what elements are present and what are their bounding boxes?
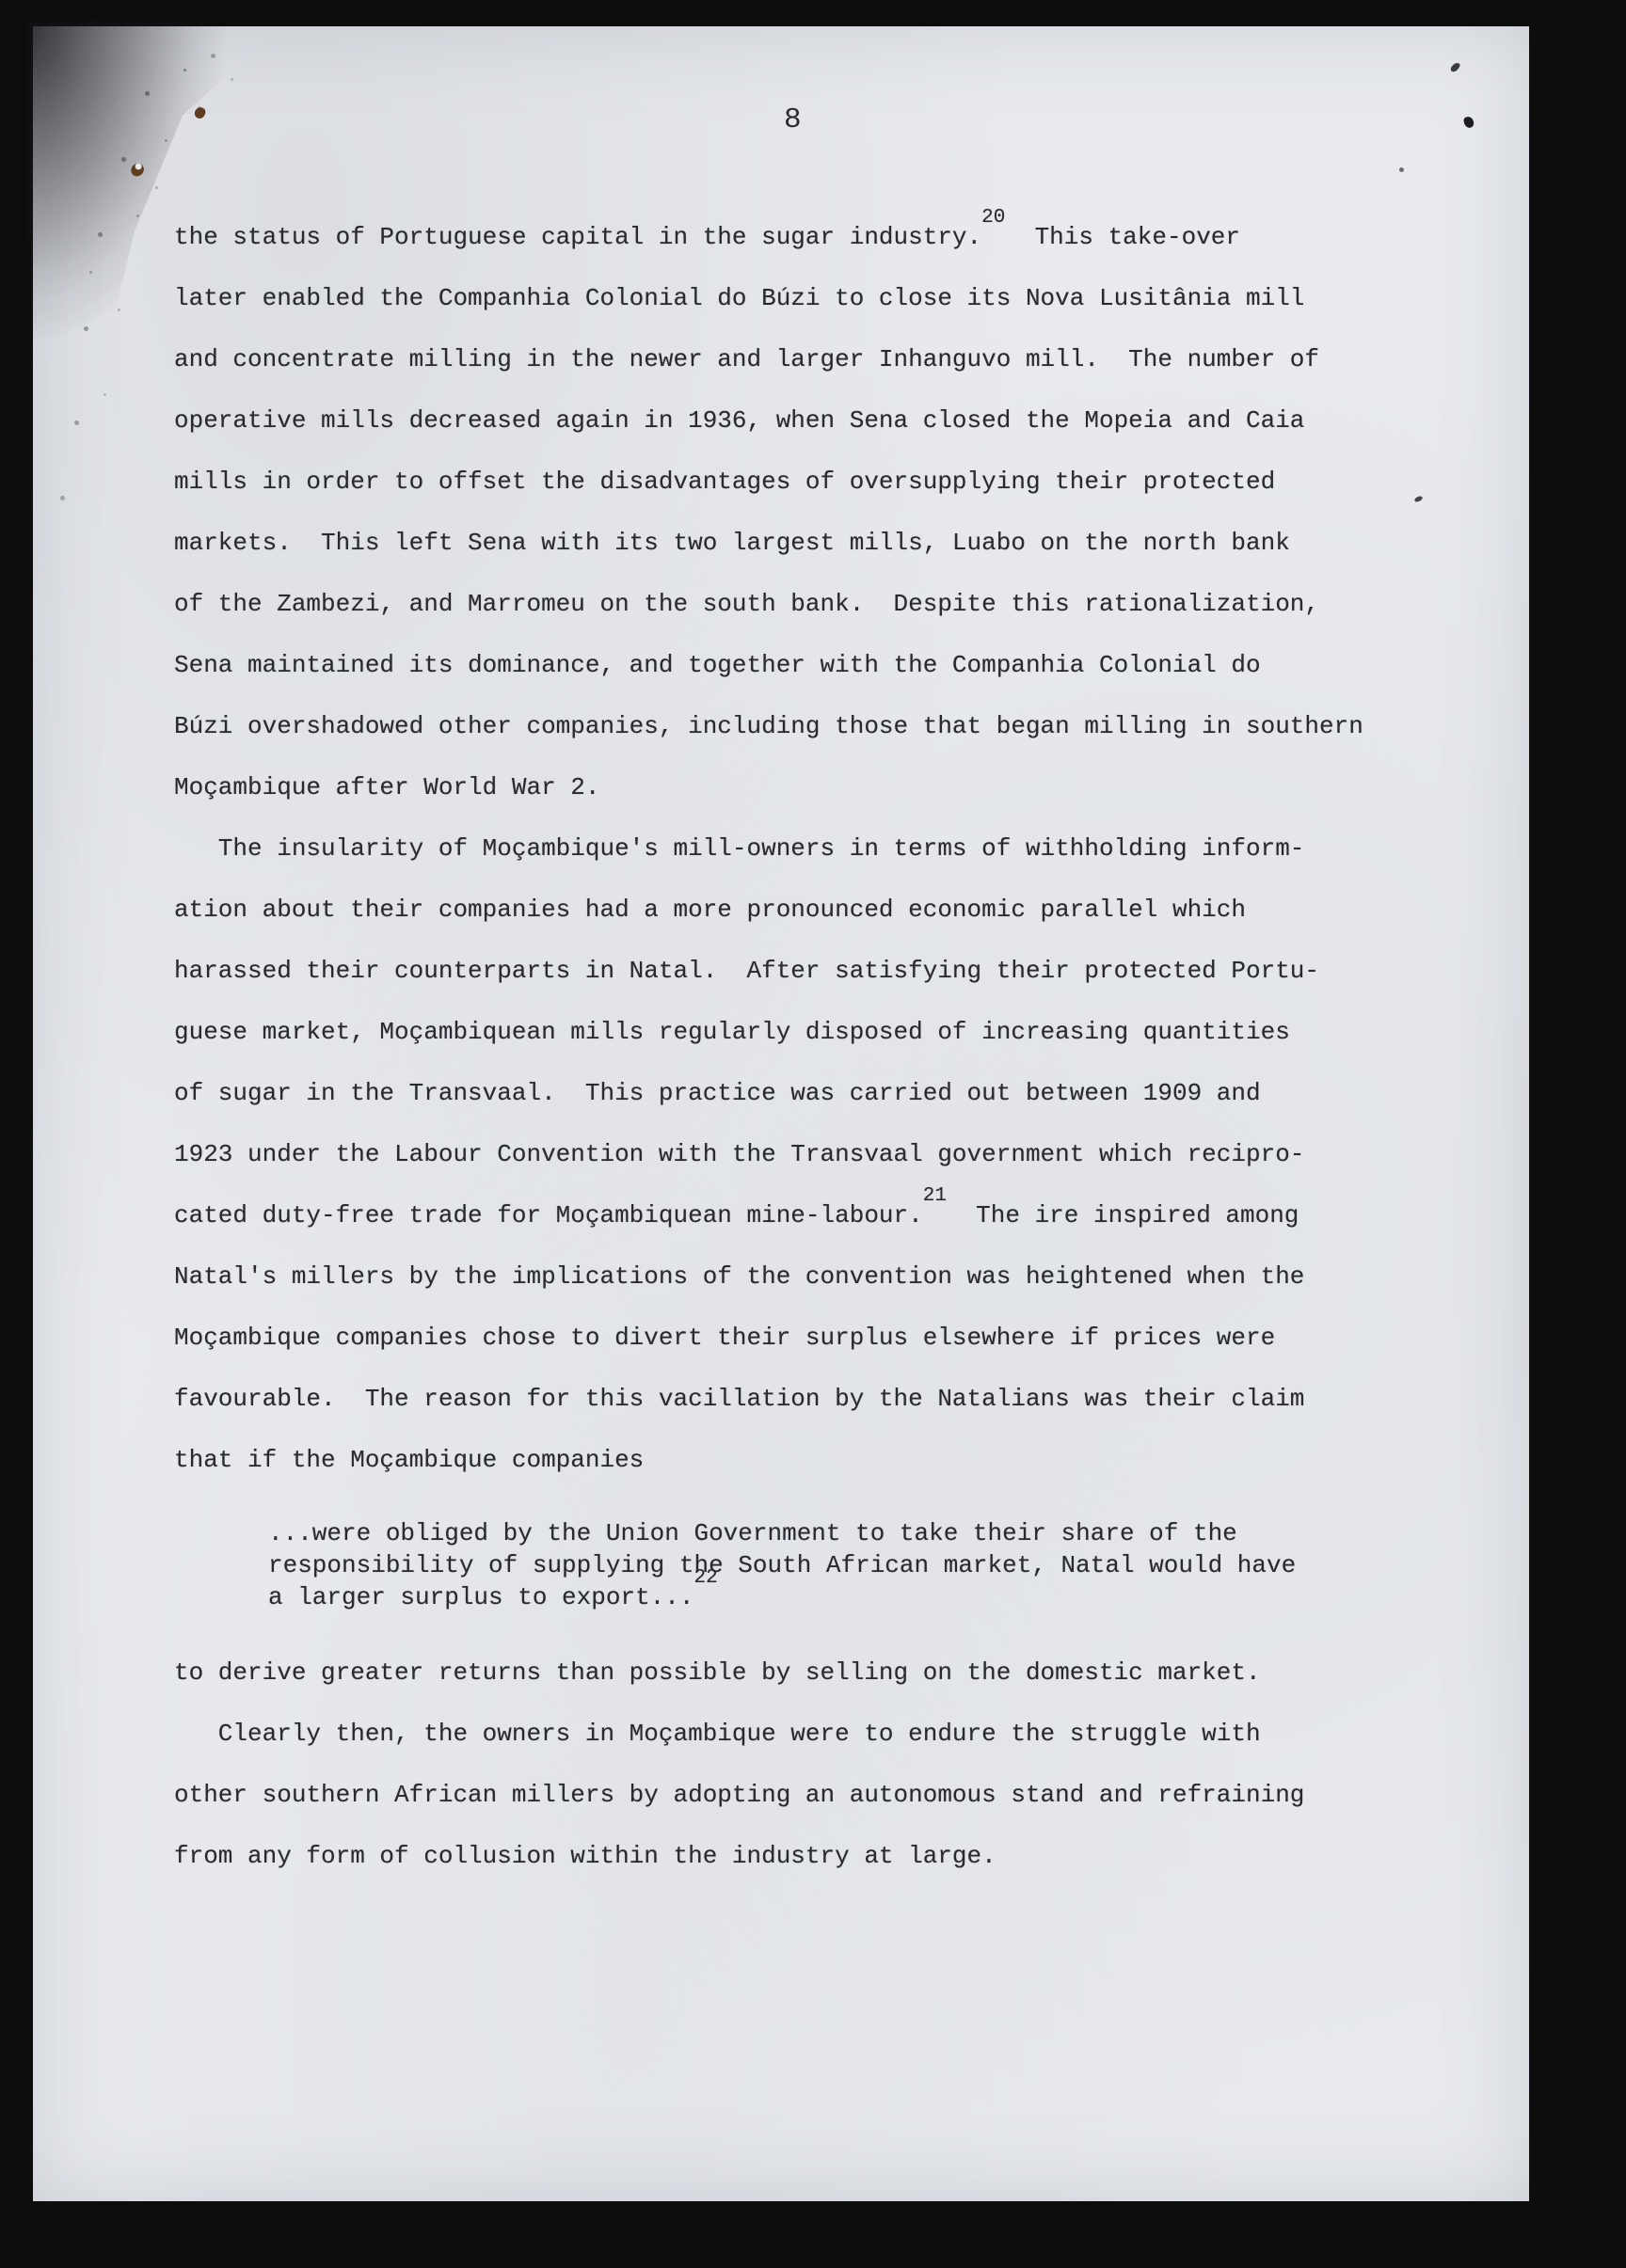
text-line: other southern African millers by adopti… xyxy=(174,1765,1304,1826)
text-line: Moçambique companies chose to divert the… xyxy=(174,1308,1363,1369)
text-line: cated duty-free trade for Moçambiquean m… xyxy=(174,1185,1363,1246)
text-line: The insularity of Moçambique's mill-owne… xyxy=(174,818,1363,880)
text-line: of the Zambezi, and Marromeu on the sout… xyxy=(174,574,1363,635)
quote-line: responsibility of supplying the South Af… xyxy=(268,1549,1296,1581)
text-line: that if the Moçambique companies xyxy=(174,1430,1363,1491)
quote-line: ...were obliged by the Union Government … xyxy=(268,1517,1296,1549)
footnote-ref-20: 20 xyxy=(981,207,1005,229)
text-line: from any form of collusion within the in… xyxy=(174,1826,1304,1887)
ink-speck xyxy=(1413,495,1423,502)
footnote-ref-22: 22 xyxy=(693,1567,717,1589)
ink-speck xyxy=(1449,61,1460,73)
text-line: operative mills decreased again in 1936,… xyxy=(174,390,1363,452)
footnote-ref-21: 21 xyxy=(923,1185,947,1207)
text-line: Natal's millers by the implications of t… xyxy=(174,1246,1363,1308)
text-line: ation about their companies had a more p… xyxy=(174,880,1363,941)
page-number: 8 xyxy=(784,103,802,136)
text-line: mills in order to offset the disadvantag… xyxy=(174,452,1363,513)
text-line: of sugar in the Transvaal. This practice… xyxy=(174,1063,1363,1124)
text-line: guese market, Moçambiquean mills regular… xyxy=(174,1002,1363,1063)
text-line: Clearly then, the owners in Moçambique w… xyxy=(174,1704,1304,1765)
ink-speck xyxy=(1463,116,1475,129)
ink-speck xyxy=(1399,167,1404,172)
document-page: 8 the status of Portuguese capital in th… xyxy=(33,26,1529,2201)
scanned-document-photocopy: { "page": { "number": "8" }, "content": … xyxy=(0,0,1626,2268)
text-line: favourable. The reason for this vacillat… xyxy=(174,1369,1363,1430)
text-line: Búzi overshadowed other companies, inclu… xyxy=(174,696,1363,757)
text-line: to derive greater returns than possible … xyxy=(174,1642,1304,1704)
text-line: and concentrate milling in the newer and… xyxy=(174,329,1363,390)
text-line: later enabled the Companhia Colonial do … xyxy=(174,268,1363,329)
text-line: markets. This left Sena with its two lar… xyxy=(174,513,1363,574)
closing-text: to derive greater returns than possible … xyxy=(174,1642,1304,1887)
block-quote: ...were obliged by the Union Government … xyxy=(268,1517,1296,1613)
stain-speck xyxy=(193,105,206,119)
body-text: the status of Portuguese capital in the … xyxy=(174,207,1363,1491)
text-line: harassed their counterparts in Natal. Af… xyxy=(174,941,1363,1002)
quote-line: a larger surplus to export...22 xyxy=(268,1581,1296,1613)
text-line: Sena maintained its dominance, and toget… xyxy=(174,635,1363,696)
toner-speckles xyxy=(33,26,36,29)
text-line: 1923 under the Labour Convention with th… xyxy=(174,1124,1363,1185)
text-line: the status of Portuguese capital in the … xyxy=(174,207,1363,268)
text-line: Moçambique after World War 2. xyxy=(174,757,1363,818)
